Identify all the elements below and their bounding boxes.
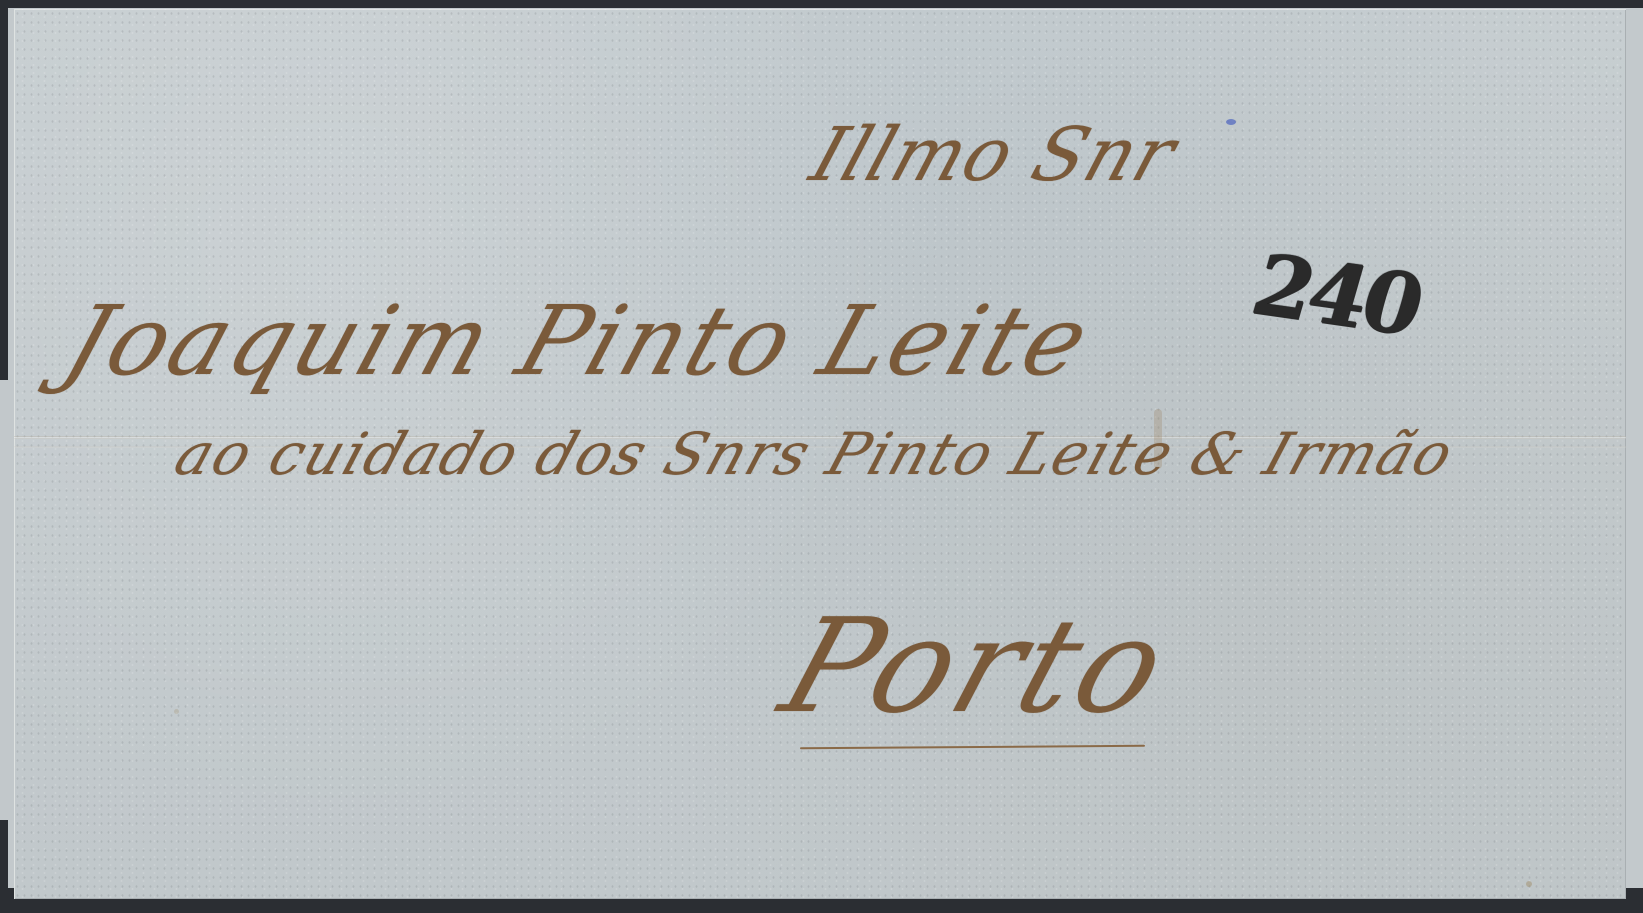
- scanned-letter-cover: Illmo Snr 240 Joaquim Pinto Leite ao cui…: [0, 0, 1643, 913]
- care-of-line: ao cuidado dos Snrs Pinto Leite & Irmão: [167, 420, 1463, 488]
- blue-ink-mark: [1226, 119, 1236, 125]
- foxing-spot: [1526, 881, 1532, 887]
- foxing-spot: [174, 709, 179, 714]
- destination-city: Porto: [765, 590, 1188, 742]
- addressee-name: Joaquim Pinto Leite: [52, 285, 1105, 397]
- salutation-text: Illmo Snr: [801, 112, 1186, 198]
